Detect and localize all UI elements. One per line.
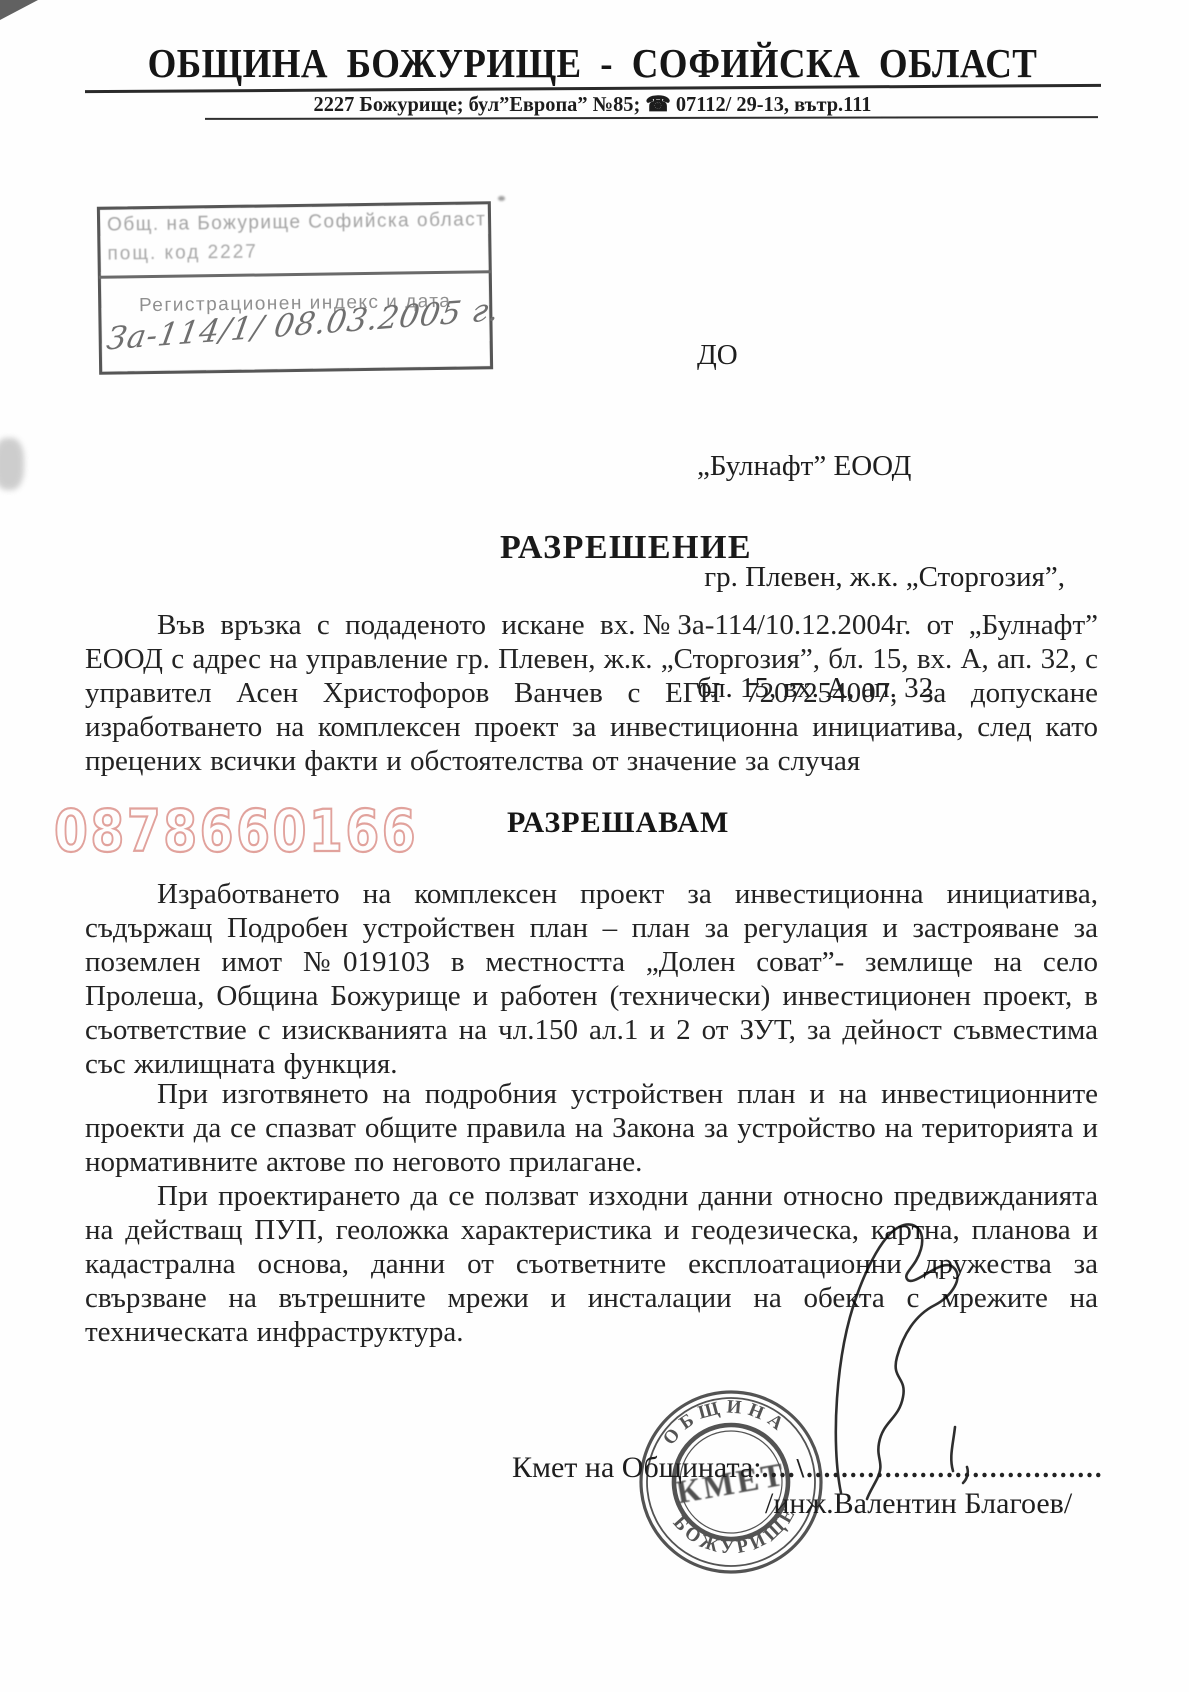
permission-heading: РАЗРЕШАВАМ	[507, 806, 729, 840]
resolution-paragraph: Изработването на комплексен проект за ин…	[85, 877, 1098, 1081]
recipient-to-label: ДО	[697, 337, 1065, 374]
scanned-permit-document: ОБЩИНА БОЖУРИЩЕ - СОФИЙСКА ОБЛАСТ 2227 Б…	[0, 0, 1189, 1692]
recipient-city: гр. Плевен, ж.к. „Сторгозия”,	[697, 559, 1065, 596]
mayor-label: Кмет на Общината:	[512, 1451, 762, 1484]
scan-artifact-corner	[0, 0, 38, 20]
signature-dotted-line: ....\..................................	[762, 1453, 1104, 1483]
rules-paragraph: При изготвянето на подробния устройствен…	[85, 1077, 1098, 1179]
registry-box-divider	[99, 270, 491, 278]
registry-postal-code-line: пощ. код 2227	[107, 242, 258, 266]
municipality-header-title: ОБЩИНА БОЖУРИЩЕ - СОФИЙСКА ОБЛАСТ	[136, 40, 1050, 86]
mayor-signature-line: Кмет на Общината:....\..................…	[512, 1451, 1104, 1485]
registry-stamp-box: Общ. на Божурище Софийска област пощ. ко…	[97, 201, 493, 374]
intro-paragraph: Във връзка с подаденото искане вх.№За-11…	[85, 608, 1098, 778]
registry-org-line: Общ. на Божурище Софийска област	[107, 209, 487, 236]
recipient-company: „Булнафт” ЕООД	[697, 448, 1065, 485]
phone-number-watermark: 0878660166	[54, 797, 418, 865]
scan-artifact-speck	[498, 196, 505, 201]
document-title: РАЗРЕШЕНИЕ	[500, 529, 752, 567]
scan-artifact-smudge	[0, 438, 24, 490]
municipality-address-line: 2227 Божурище; бул”Европа” №85; ☎ 07112/…	[100, 91, 1085, 117]
mayor-name: /инж.Валентин Благоев/	[765, 1487, 1072, 1521]
